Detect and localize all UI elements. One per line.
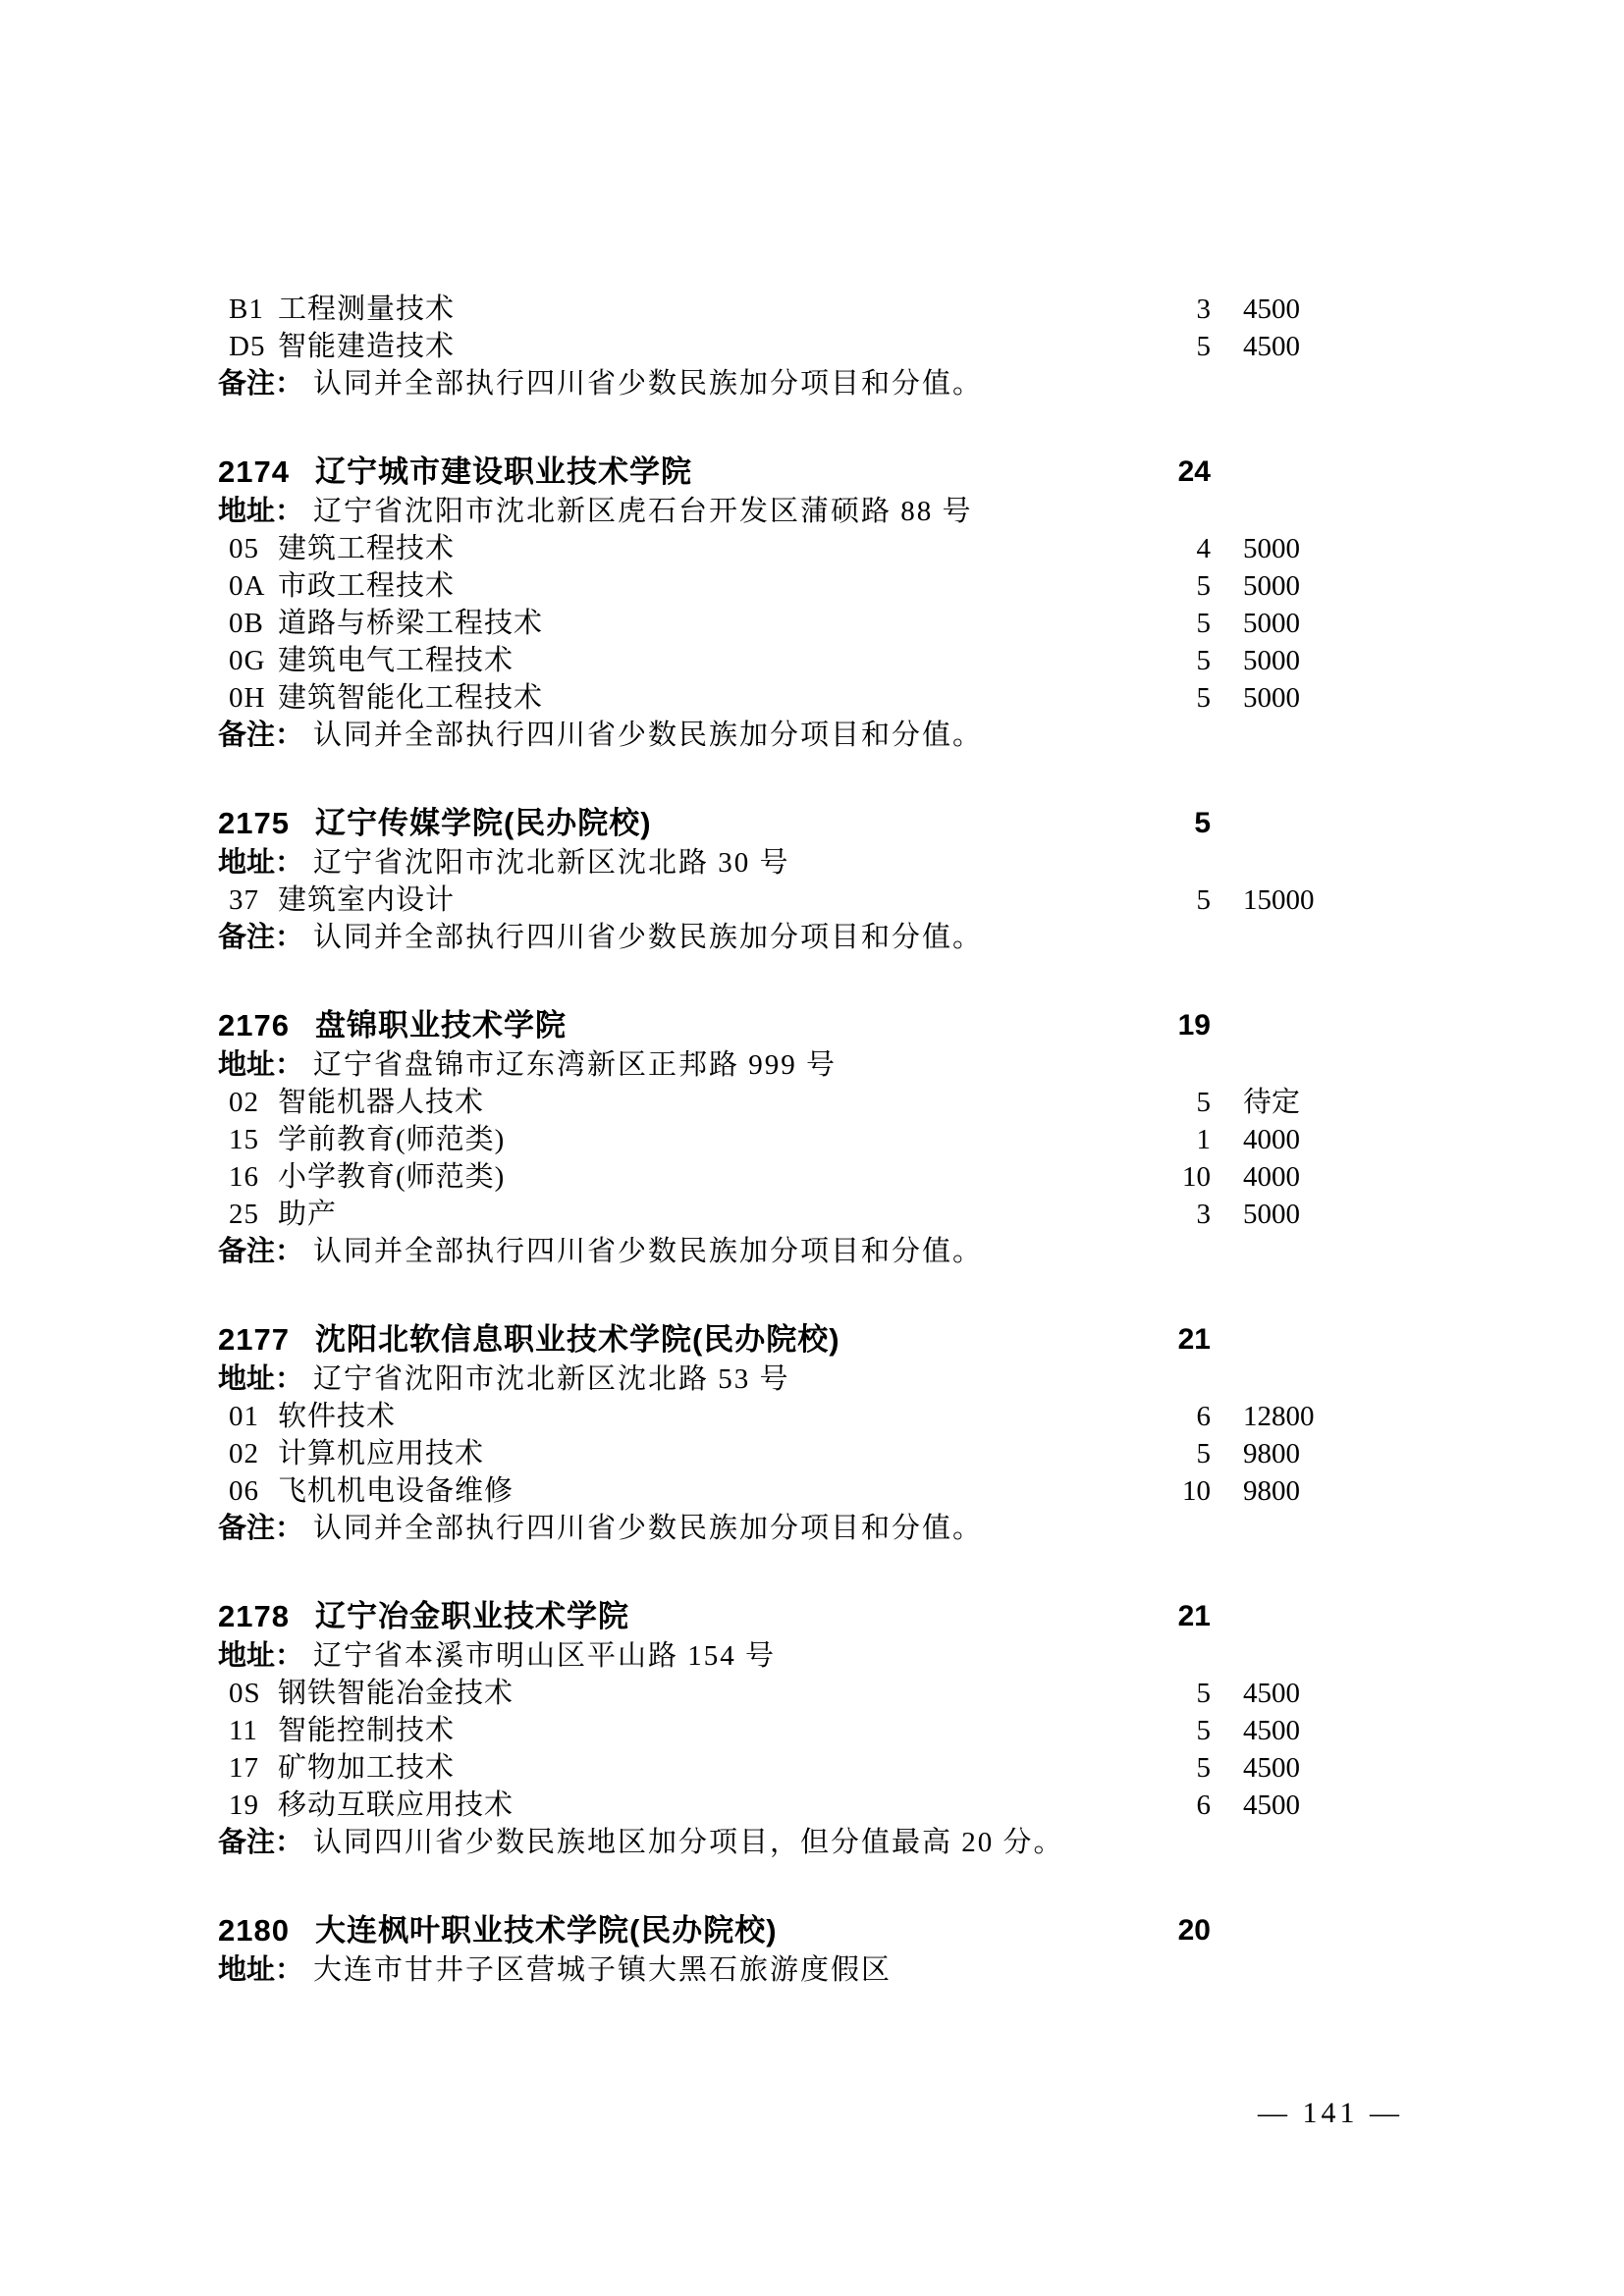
address-label: 地址： xyxy=(218,1049,303,1081)
major-name: 道路与桥梁工程技术 xyxy=(278,608,543,639)
college-section: 2174辽宁城市建设职业技术学院 24 地址：辽宁省沈阳市沈北新区虎石台开发区蒲… xyxy=(218,452,1624,754)
major-tuition-fee: 4000 xyxy=(1243,1121,1300,1158)
major-plan-count: 5 xyxy=(1139,679,1211,717)
note-label: 备注： xyxy=(218,1513,303,1544)
note-text: 认同四川省少数民族地区加分项目，但分值最高 20 分。 xyxy=(313,1827,1064,1858)
major-row: 15学前教育(师范类) 1 4000 xyxy=(218,1121,1624,1158)
major-tuition-fee: 5000 xyxy=(1243,1196,1300,1233)
major-name: 矿物加工技术 xyxy=(278,1752,455,1784)
major-plan-count: 5 xyxy=(1139,605,1211,642)
major-name: 工程测量技术 xyxy=(278,294,455,325)
college-header-row: 2178辽宁冶金职业技术学院 21 xyxy=(218,1596,1624,1637)
major-tuition-fee: 5000 xyxy=(1243,530,1300,567)
college-code: 2177 xyxy=(218,1322,290,1357)
college-header-row: 2180大连枫叶职业技术学院(民办院校) 20 xyxy=(218,1910,1624,1951)
college-section: 2175辽宁传媒学院(民办院校) 5 地址：辽宁省沈阳市沈北新区沈北路 30 号… xyxy=(218,803,1624,956)
major-code: D5 xyxy=(229,328,278,365)
major-list: 05建筑工程技术 4 5000 0A市政工程技术 5 5000 0B道路与桥梁工… xyxy=(218,530,1624,717)
major-row: D5智能建造技术 5 4500 xyxy=(218,328,1624,365)
college-section: 2176盘锦职业技术学院 19 地址：辽宁省盘锦市辽东湾新区正邦路 999 号 … xyxy=(218,1005,1624,1270)
major-name: 小学教育(师范类) xyxy=(278,1161,505,1193)
page-number: — 141 — xyxy=(1208,2097,1453,2130)
address-text: 辽宁省沈阳市沈北新区沈北路 53 号 xyxy=(313,1363,790,1395)
major-name: 钢铁智能冶金技术 xyxy=(278,1678,514,1709)
major-row: 17矿物加工技术 5 4500 xyxy=(218,1749,1624,1787)
college-note-row: 备注：认同并全部执行四川省少数民族加分项目和分值。 xyxy=(218,1233,1624,1270)
major-code: 15 xyxy=(229,1121,278,1158)
major-plan-count: 6 xyxy=(1139,1787,1211,1824)
major-code: 06 xyxy=(229,1472,278,1510)
major-tuition-fee: 4500 xyxy=(1243,1749,1300,1787)
major-plan-count: 10 xyxy=(1139,1472,1211,1510)
college-total-plan: 19 xyxy=(1139,1005,1211,1046)
major-tuition-fee: 4000 xyxy=(1243,1158,1300,1196)
note-label: 备注： xyxy=(218,368,303,400)
major-name: 助产 xyxy=(278,1199,337,1230)
major-name: 计算机应用技术 xyxy=(278,1438,484,1469)
college-header-row: 2175辽宁传媒学院(民办院校) 5 xyxy=(218,803,1624,844)
major-plan-count: 1 xyxy=(1139,1121,1211,1158)
major-list: 0S钢铁智能冶金技术 5 4500 11智能控制技术 5 4500 17矿物加工… xyxy=(218,1675,1624,1824)
college-address-row: 地址：辽宁省沈阳市沈北新区沈北路 30 号 xyxy=(218,844,1624,881)
note-label: 备注： xyxy=(218,1236,303,1267)
major-plan-count: 5 xyxy=(1139,328,1211,365)
major-code: 0G xyxy=(229,642,278,679)
major-code: 19 xyxy=(229,1787,278,1824)
address-text: 辽宁省盘锦市辽东湾新区正邦路 999 号 xyxy=(313,1049,837,1081)
major-list: 01软件技术 6 12800 02计算机应用技术 5 9800 06飞机机电设备… xyxy=(218,1398,1624,1510)
major-tuition-fee: 15000 xyxy=(1243,881,1315,919)
major-code: 17 xyxy=(229,1749,278,1787)
major-plan-count: 5 xyxy=(1139,1435,1211,1472)
major-row: 02智能机器人技术 5 待定 xyxy=(218,1084,1624,1121)
college-name: 盘锦职业技术学院 xyxy=(315,1008,567,1042)
major-name: 建筑工程技术 xyxy=(278,533,455,564)
college-section: 2180大连枫叶职业技术学院(民办院校) 20 地址：大连市甘井子区营城子镇大黑… xyxy=(218,1910,1624,1989)
major-plan-count: 3 xyxy=(1139,1196,1211,1233)
major-name: 建筑电气工程技术 xyxy=(278,645,514,676)
major-tuition-fee: 4500 xyxy=(1243,1675,1300,1712)
address-label: 地址： xyxy=(218,1954,303,1986)
major-list: 02智能机器人技术 5 待定 15学前教育(师范类) 1 4000 16小学教育… xyxy=(218,1084,1624,1233)
college-name: 辽宁冶金职业技术学院 xyxy=(315,1599,629,1633)
major-tuition-fee: 待定 xyxy=(1243,1084,1300,1121)
college-address-row: 地址：辽宁省本溪市明山区平山路 154 号 xyxy=(218,1637,1624,1675)
note-text: 认同并全部执行四川省少数民族加分项目和分值。 xyxy=(313,1236,983,1267)
college-section: B1工程测量技术 3 4500 D5智能建造技术 5 4500 备注：认同并全部… xyxy=(218,291,1624,402)
college-total-plan: 5 xyxy=(1139,803,1211,844)
major-row: 0H建筑智能化工程技术 5 5000 xyxy=(218,679,1624,717)
major-code: 02 xyxy=(229,1084,278,1121)
college-note-row: 备注：认同并全部执行四川省少数民族加分项目和分值。 xyxy=(218,365,1624,402)
major-tuition-fee: 4500 xyxy=(1243,328,1300,365)
college-total-plan: 24 xyxy=(1139,452,1211,493)
major-row: 02计算机应用技术 5 9800 xyxy=(218,1435,1624,1472)
college-name: 沈阳北软信息职业技术学院(民办院校) xyxy=(315,1322,840,1357)
college-section: 2177沈阳北软信息职业技术学院(民办院校) 21 地址：辽宁省沈阳市沈北新区沈… xyxy=(218,1319,1624,1547)
major-code: 0A xyxy=(229,567,278,605)
college-code: 2180 xyxy=(218,1913,290,1948)
major-code: 02 xyxy=(229,1435,278,1472)
major-row: 16小学教育(师范类) 10 4000 xyxy=(218,1158,1624,1196)
college-header-row: 2174辽宁城市建设职业技术学院 24 xyxy=(218,452,1624,493)
college-note-row: 备注：认同并全部执行四川省少数民族加分项目和分值。 xyxy=(218,1510,1624,1547)
major-list: 37建筑室内设计 5 15000 xyxy=(218,881,1624,919)
major-name: 智能建造技术 xyxy=(278,331,455,362)
major-plan-count: 5 xyxy=(1139,642,1211,679)
major-plan-count: 6 xyxy=(1139,1398,1211,1435)
major-plan-count: 5 xyxy=(1139,881,1211,919)
major-name: 建筑智能化工程技术 xyxy=(278,682,543,714)
college-code: 2176 xyxy=(218,1008,290,1042)
major-code: 0B xyxy=(229,605,278,642)
address-text: 大连市甘井子区营城子镇大黑石旅游度假区 xyxy=(313,1954,892,1986)
major-row: 0B道路与桥梁工程技术 5 5000 xyxy=(218,605,1624,642)
college-list: B1工程测量技术 3 4500 D5智能建造技术 5 4500 备注：认同并全部… xyxy=(0,0,1624,1989)
major-row: 01软件技术 6 12800 xyxy=(218,1398,1624,1435)
major-plan-count: 5 xyxy=(1139,1675,1211,1712)
major-tuition-fee: 9800 xyxy=(1243,1472,1300,1510)
major-tuition-fee: 12800 xyxy=(1243,1398,1315,1435)
major-code: 01 xyxy=(229,1398,278,1435)
major-plan-count: 4 xyxy=(1139,530,1211,567)
address-label: 地址： xyxy=(218,1640,303,1672)
major-row: 11智能控制技术 5 4500 xyxy=(218,1712,1624,1749)
note-text: 认同并全部执行四川省少数民族加分项目和分值。 xyxy=(313,720,983,751)
college-address-row: 地址：辽宁省沈阳市沈北新区沈北路 53 号 xyxy=(218,1361,1624,1398)
college-code: 2178 xyxy=(218,1599,290,1633)
college-code: 2174 xyxy=(218,454,290,489)
major-code: 11 xyxy=(229,1712,278,1749)
major-code: 05 xyxy=(229,530,278,567)
major-list: B1工程测量技术 3 4500 D5智能建造技术 5 4500 xyxy=(218,291,1624,365)
note-label: 备注： xyxy=(218,922,303,953)
college-note-row: 备注：认同并全部执行四川省少数民族加分项目和分值。 xyxy=(218,919,1624,956)
major-name: 智能控制技术 xyxy=(278,1715,455,1746)
major-tuition-fee: 5000 xyxy=(1243,605,1300,642)
major-row: B1工程测量技术 3 4500 xyxy=(218,291,1624,328)
major-tuition-fee: 4500 xyxy=(1243,1712,1300,1749)
major-tuition-fee: 9800 xyxy=(1243,1435,1300,1472)
college-name: 辽宁传媒学院(民办院校) xyxy=(315,806,652,840)
major-name: 软件技术 xyxy=(278,1401,396,1432)
note-label: 备注： xyxy=(218,720,303,751)
college-total-plan: 21 xyxy=(1139,1319,1211,1361)
major-tuition-fee: 5000 xyxy=(1243,679,1300,717)
college-name: 大连枫叶职业技术学院(民办院校) xyxy=(315,1913,778,1948)
note-label: 备注： xyxy=(218,1827,303,1858)
college-section: 2178辽宁冶金职业技术学院 21 地址：辽宁省本溪市明山区平山路 154 号 … xyxy=(218,1596,1624,1861)
major-row: 05建筑工程技术 4 5000 xyxy=(218,530,1624,567)
college-header-row: 2176盘锦职业技术学院 19 xyxy=(218,1005,1624,1046)
major-tuition-fee: 5000 xyxy=(1243,642,1300,679)
note-text: 认同并全部执行四川省少数民族加分项目和分值。 xyxy=(313,922,983,953)
major-code: 37 xyxy=(229,881,278,919)
major-row: 37建筑室内设计 5 15000 xyxy=(218,881,1624,919)
college-address-row: 地址：辽宁省沈阳市沈北新区虎石台开发区蒲硕路 88 号 xyxy=(218,493,1624,530)
major-row: 06飞机机电设备维修 10 9800 xyxy=(218,1472,1624,1510)
address-text: 辽宁省本溪市明山区平山路 154 号 xyxy=(313,1640,776,1672)
address-text: 辽宁省沈阳市沈北新区虎石台开发区蒲硕路 88 号 xyxy=(313,496,973,527)
major-row: 0A市政工程技术 5 5000 xyxy=(218,567,1624,605)
college-header-row: 2177沈阳北软信息职业技术学院(民办院校) 21 xyxy=(218,1319,1624,1361)
major-code: 25 xyxy=(229,1196,278,1233)
major-plan-count: 5 xyxy=(1139,1749,1211,1787)
college-total-plan: 21 xyxy=(1139,1596,1211,1637)
major-code: 0H xyxy=(229,679,278,717)
major-code: 0S xyxy=(229,1675,278,1712)
address-label: 地址： xyxy=(218,1363,303,1395)
major-code: 16 xyxy=(229,1158,278,1196)
note-text: 认同并全部执行四川省少数民族加分项目和分值。 xyxy=(313,1513,983,1544)
major-name: 市政工程技术 xyxy=(278,570,455,602)
document-page: B1工程测量技术 3 4500 D5智能建造技术 5 4500 备注：认同并全部… xyxy=(0,0,1624,2296)
college-name: 辽宁城市建设职业技术学院 xyxy=(315,454,692,489)
major-name: 学前教育(师范类) xyxy=(278,1124,505,1155)
major-code: B1 xyxy=(229,291,278,328)
college-code: 2175 xyxy=(218,806,290,840)
major-plan-count: 5 xyxy=(1139,567,1211,605)
major-plan-count: 3 xyxy=(1139,291,1211,328)
major-row: 19移动互联应用技术 6 4500 xyxy=(218,1787,1624,1824)
major-row: 0S钢铁智能冶金技术 5 4500 xyxy=(218,1675,1624,1712)
note-text: 认同并全部执行四川省少数民族加分项目和分值。 xyxy=(313,368,983,400)
major-tuition-fee: 4500 xyxy=(1243,291,1300,328)
address-label: 地址： xyxy=(218,496,303,527)
college-address-row: 地址：辽宁省盘锦市辽东湾新区正邦路 999 号 xyxy=(218,1046,1624,1084)
major-name: 建筑室内设计 xyxy=(278,884,455,916)
major-name: 移动互联应用技术 xyxy=(278,1789,514,1821)
major-plan-count: 10 xyxy=(1139,1158,1211,1196)
major-plan-count: 5 xyxy=(1139,1084,1211,1121)
major-plan-count: 5 xyxy=(1139,1712,1211,1749)
address-label: 地址： xyxy=(218,847,303,879)
major-row: 0G建筑电气工程技术 5 5000 xyxy=(218,642,1624,679)
major-tuition-fee: 4500 xyxy=(1243,1787,1300,1824)
major-row: 25助产 3 5000 xyxy=(218,1196,1624,1233)
major-name: 智能机器人技术 xyxy=(278,1087,484,1118)
address-text: 辽宁省沈阳市沈北新区沈北路 30 号 xyxy=(313,847,790,879)
college-note-row: 备注：认同四川省少数民族地区加分项目，但分值最高 20 分。 xyxy=(218,1824,1624,1861)
major-name: 飞机机电设备维修 xyxy=(278,1475,514,1507)
college-note-row: 备注：认同并全部执行四川省少数民族加分项目和分值。 xyxy=(218,717,1624,754)
college-address-row: 地址：大连市甘井子区营城子镇大黑石旅游度假区 xyxy=(218,1951,1624,1989)
college-total-plan: 20 xyxy=(1139,1910,1211,1951)
major-tuition-fee: 5000 xyxy=(1243,567,1300,605)
